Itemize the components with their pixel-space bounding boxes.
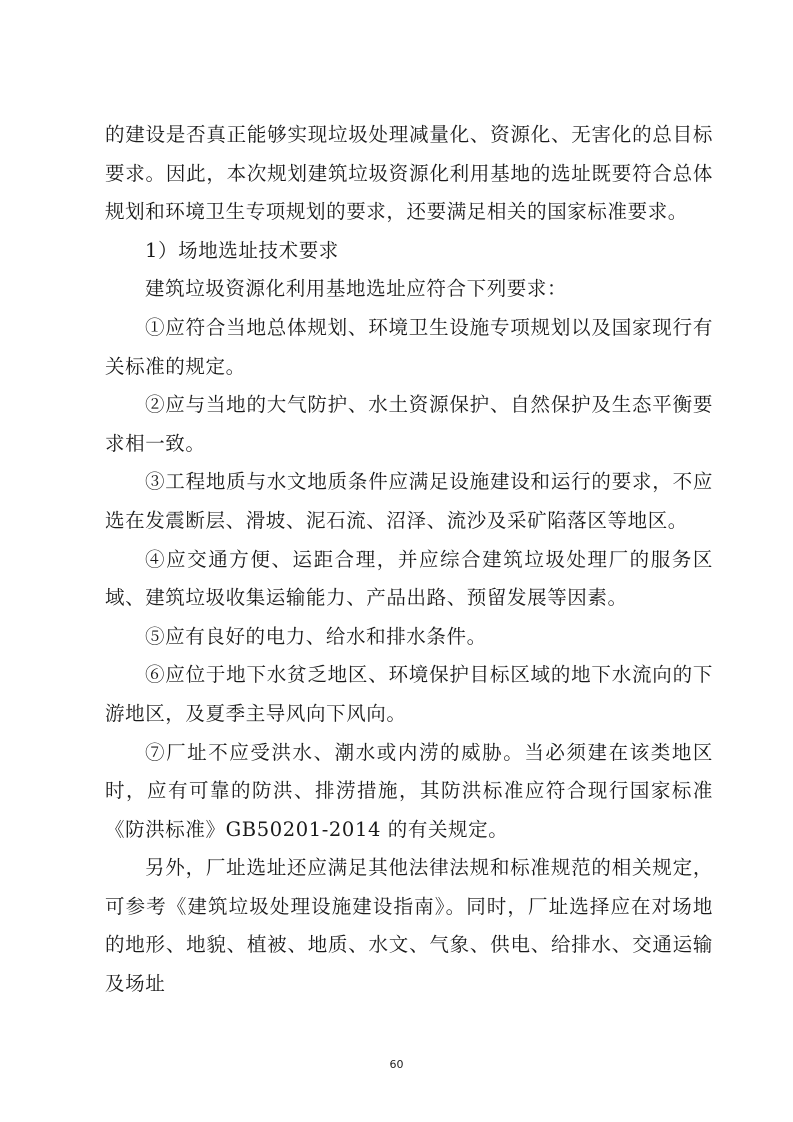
- requirement-item-3: ③工程地质与水文地质条件应满足设施建设和运行的要求，不应选在发震断层、滑坡、泥石…: [105, 463, 713, 540]
- requirement-item-7: ⑦厂址不应受洪水、潮水或内涝的威胁。当必须建在该类地区时，应有可靠的防洪、排涝措…: [105, 734, 713, 850]
- requirement-item-1: ①应符合当地总体规划、环境卫生设施专项规划以及国家现行有关标准的规定。: [105, 309, 713, 386]
- paragraph-intro-continuation: 的建设是否真正能够实现垃圾处理减量化、资源化、无害化的总目标要求。因此，本次规划…: [105, 116, 713, 232]
- section-heading-site-selection-requirements: 1）场地选址技术要求: [105, 232, 713, 271]
- paragraph-requirements-lead: 建筑垃圾资源化利用基地选址应符合下列要求：: [105, 270, 713, 309]
- requirement-item-4: ④应交通方便、运距合理，并应综合建筑垃圾处理厂的服务区域、建筑垃圾收集运输能力、…: [105, 541, 713, 618]
- document-body: 的建设是否真正能够实现垃圾处理减量化、资源化、无害化的总目标要求。因此，本次规划…: [105, 116, 713, 1004]
- requirement-item-2: ②应与当地的大气防护、水土资源保护、自然保护及生态平衡要求相一致。: [105, 386, 713, 463]
- paragraph-additional-requirements: 另外，厂址选址还应满足其他法律法规和标准规范的相关规定，可参考《建筑垃圾处理设施…: [105, 849, 713, 1003]
- requirement-item-5: ⑤应有良好的电力、给水和排水条件。: [105, 618, 713, 657]
- requirement-item-6: ⑥应位于地下水贫乏地区、环境保护目标区域的地下水流向的下游地区，及夏季主导风向下…: [105, 656, 713, 733]
- page-number: 60: [0, 1058, 793, 1071]
